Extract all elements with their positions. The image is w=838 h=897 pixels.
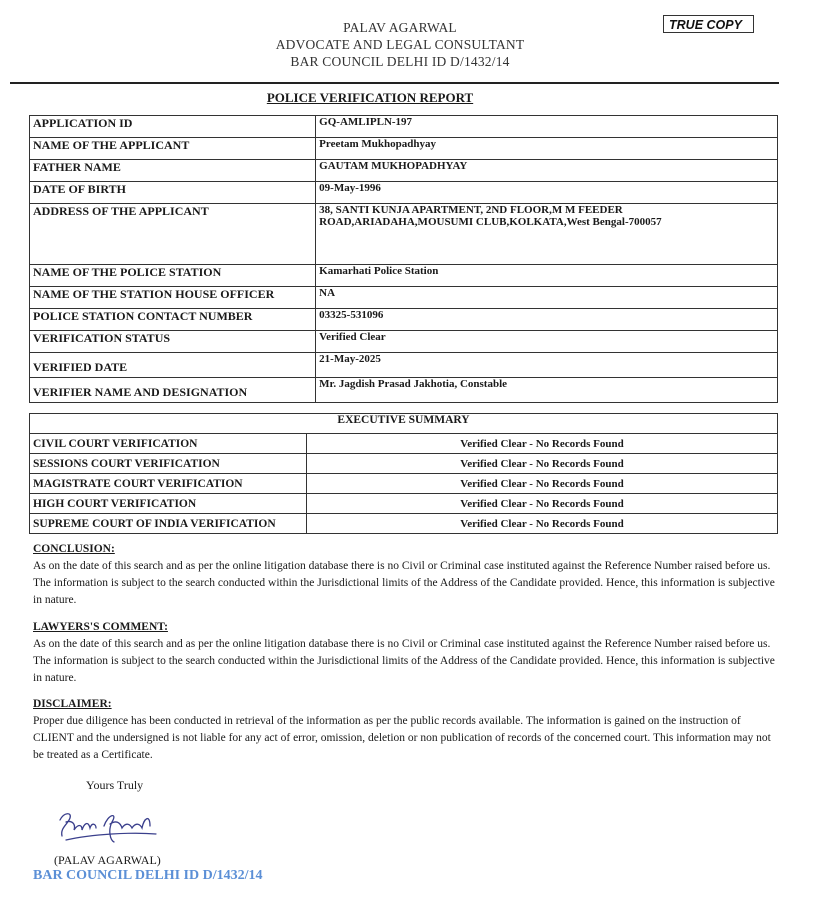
disclaimer-heading: DISCLAIMER:: [33, 696, 783, 713]
row-label: VERIFIED DATE: [30, 353, 316, 378]
disclaimer-section: DISCLAIMER: Proper due diligence has bee…: [33, 696, 783, 764]
court-label: MAGISTRATE COURT VERIFICATION: [30, 474, 307, 494]
table-row: VERIFIED DATE21-May-2025: [30, 353, 778, 378]
conclusion-text: As on the date of this search and as per…: [33, 558, 783, 609]
row-label: NAME OF THE STATION HOUSE OFFICER: [30, 287, 316, 309]
signatory-bar-id: BAR COUNCIL DELHI ID D/1432/14: [33, 868, 262, 884]
row-value: 21-May-2025: [316, 353, 778, 378]
applicant-details-table: APPLICATION IDGQ-AMLIPLN-197 NAME OF THE…: [29, 115, 778, 403]
row-value: Verified Clear: [316, 331, 778, 353]
lawyers-comment-section: LAWYERS'S COMMENT: As on the date of thi…: [33, 619, 783, 687]
summary-header: EXECUTIVE SUMMARY: [30, 414, 778, 434]
row-value: GQ-AMLIPLN-197: [316, 116, 778, 138]
row-value: Mr. Jagdish Prasad Jakhotia, Constable: [316, 378, 778, 403]
row-value: Preetam Mukhopadhyay: [316, 138, 778, 160]
signatory-name: (PALAV AGARWAL): [54, 853, 161, 868]
court-result: Verified Clear - No Records Found: [307, 514, 778, 534]
row-label: DATE OF BIRTH: [30, 182, 316, 204]
table-row: HIGH COURT VERIFICATIONVerified Clear - …: [30, 494, 778, 514]
table-row: SUPREME COURT OF INDIA VERIFICATIONVerif…: [30, 514, 778, 534]
table-row: NAME OF THE APPLICANTPreetam Mukhopadhya…: [30, 138, 778, 160]
table-row: FATHER NAMEGAUTAM MUKHOPADHYAY: [30, 160, 778, 182]
row-value: GAUTAM MUKHOPADHYAY: [316, 160, 778, 182]
executive-summary-table: EXECUTIVE SUMMARY CIVIL COURT VERIFICATI…: [29, 413, 778, 534]
court-label: CIVIL COURT VERIFICATION: [30, 434, 307, 454]
court-result: Verified Clear - No Records Found: [307, 454, 778, 474]
court-result: Verified Clear - No Records Found: [307, 434, 778, 454]
court-result: Verified Clear - No Records Found: [307, 474, 778, 494]
table-row: CIVIL COURT VERIFICATIONVerified Clear -…: [30, 434, 778, 454]
table-row: SESSIONS COURT VERIFICATIONVerified Clea…: [30, 454, 778, 474]
true-copy-stamp: TRUE COPY: [663, 15, 754, 33]
table-row: MAGISTRATE COURT VERIFICATIONVerified Cl…: [30, 474, 778, 494]
table-row: ADDRESS OF THE APPLICANT38, SANTI KUNJA …: [30, 204, 778, 265]
row-label: VERIFICATION STATUS: [30, 331, 316, 353]
report-title: POLICE VERIFICATION REPORT: [0, 90, 740, 106]
row-value: 09-May-1996: [316, 182, 778, 204]
row-value: Kamarhati Police Station: [316, 265, 778, 287]
table-row: POLICE STATION CONTACT NUMBER03325-53109…: [30, 309, 778, 331]
header-divider: [10, 82, 779, 84]
letterhead-title: ADVOCATE AND LEGAL CONSULTANT: [0, 36, 800, 53]
row-label: ADDRESS OF THE APPLICANT: [30, 204, 316, 265]
table-row: VERIFICATION STATUSVerified Clear: [30, 331, 778, 353]
table-row: NAME OF THE STATION HOUSE OFFICERNA: [30, 287, 778, 309]
letterhead-bar-id: BAR COUNCIL DELHI ID D/1432/14: [0, 53, 800, 70]
table-row: NAME OF THE POLICE STATIONKamarhati Poli…: [30, 265, 778, 287]
summary-header-row: EXECUTIVE SUMMARY: [30, 414, 778, 434]
court-label: SESSIONS COURT VERIFICATION: [30, 454, 307, 474]
lawyers-comment-heading: LAWYERS'S COMMENT:: [33, 619, 783, 636]
disclaimer-text: Proper due diligence has been conducted …: [33, 713, 783, 764]
lawyers-comment-text: As on the date of this search and as per…: [33, 636, 783, 687]
table-row: VERIFIER NAME AND DESIGNATIONMr. Jagdish…: [30, 378, 778, 403]
signature-icon: [52, 806, 172, 846]
court-label: SUPREME COURT OF INDIA VERIFICATION: [30, 514, 307, 534]
row-label: NAME OF THE APPLICANT: [30, 138, 316, 160]
court-label: HIGH COURT VERIFICATION: [30, 494, 307, 514]
row-value: NA: [316, 287, 778, 309]
row-label: POLICE STATION CONTACT NUMBER: [30, 309, 316, 331]
row-label: VERIFIER NAME AND DESIGNATION: [30, 378, 316, 403]
closing-text: Yours Truly: [86, 778, 143, 793]
row-value: 38, SANTI KUNJA APARTMENT, 2ND FLOOR,M M…: [316, 204, 778, 265]
conclusion-heading: CONCLUSION:: [33, 541, 783, 558]
table-row: DATE OF BIRTH09-May-1996: [30, 182, 778, 204]
row-label: NAME OF THE POLICE STATION: [30, 265, 316, 287]
row-label: FATHER NAME: [30, 160, 316, 182]
row-value: 03325-531096: [316, 309, 778, 331]
table-row: APPLICATION IDGQ-AMLIPLN-197: [30, 116, 778, 138]
conclusion-section: CONCLUSION: As on the date of this searc…: [33, 541, 783, 609]
row-label: APPLICATION ID: [30, 116, 316, 138]
court-result: Verified Clear - No Records Found: [307, 494, 778, 514]
